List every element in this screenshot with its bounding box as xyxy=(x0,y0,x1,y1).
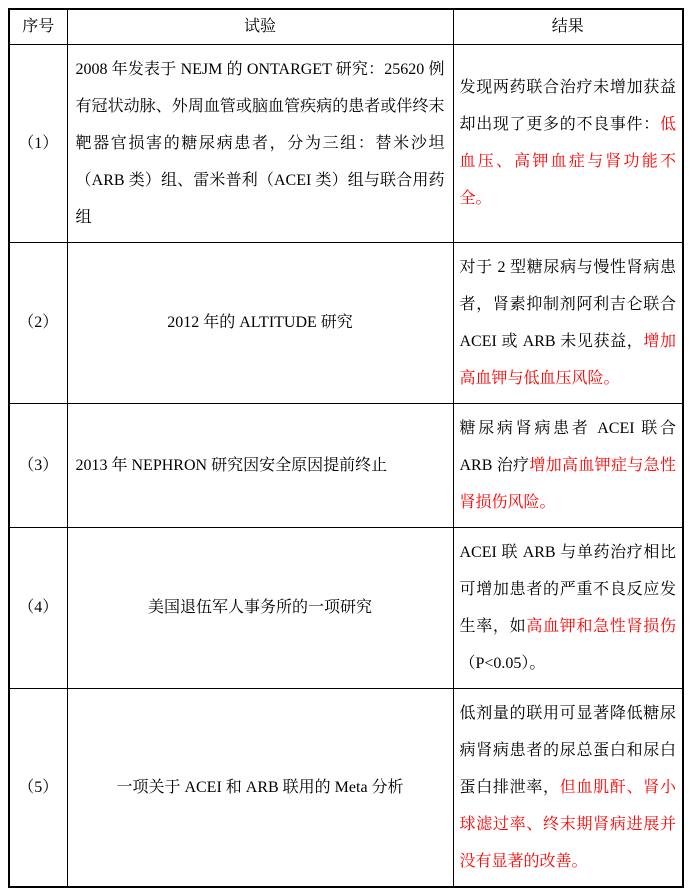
trial-cell: 2013 年 NEPHRON 研究因安全原因提前终止 xyxy=(67,403,453,527)
row-number-cell: （1） xyxy=(9,44,67,242)
header-row: 序号 试验 结果 xyxy=(9,9,683,44)
header-serial-number: 序号 xyxy=(9,9,67,44)
result-text-segment: 发现两药联合治疗未增加获益却出现了更多的不良事件： xyxy=(460,79,677,133)
table-row: （3）2013 年 NEPHRON 研究因安全原因提前终止糖尿病肾病患者 ACE… xyxy=(9,403,683,527)
header-trial: 试验 xyxy=(67,9,453,44)
trial-cell: 2008 年发表于 NEJM 的 ONTARGET 研究：25620 例有冠状动… xyxy=(67,44,453,242)
row-number-cell: （2） xyxy=(9,242,67,403)
row-number-cell: （3） xyxy=(9,403,67,527)
result-cell: 糖尿病肾病患者 ACEI 联合 ARB 治疗增加高血钾症与急性肾损伤风险。 xyxy=(453,403,683,527)
result-cell: 对于 2 型糖尿病与慢性肾病患者，肾素抑制剂阿利吉仑联合 ACEI 或 ARB … xyxy=(453,242,683,403)
result-cell: 低剂量的联用可显著降低糖尿病肾病患者的尿总蛋白和尿白蛋白排泄率，但血肌酐、肾小球… xyxy=(453,688,683,887)
trial-cell: 一项关于 ACEI 和 ARB 联用的 Meta 分析 xyxy=(67,688,453,887)
table-row: （1）2008 年发表于 NEJM 的 ONTARGET 研究：25620 例有… xyxy=(9,44,683,242)
row-number-cell: （4） xyxy=(9,527,67,688)
result-text-segment: 高血钾和急性肾损伤 xyxy=(526,618,676,635)
table-row: （4）美国退伍军人事务所的一项研究ACEI 联 ARB 与单药治疗相比可增加患者… xyxy=(9,527,683,688)
result-cell: ACEI 联 ARB 与单药治疗相比可增加患者的严重不良反应发生率，如高血钾和急… xyxy=(453,527,683,688)
header-result: 结果 xyxy=(453,9,683,44)
table-row: （2）2012 年的 ALTITUDE 研究对于 2 型糖尿病与慢性肾病患者，肾… xyxy=(9,242,683,403)
trial-cell: 美国退伍军人事务所的一项研究 xyxy=(67,527,453,688)
document-page: 序号 试验 结果 （1）2008 年发表于 NEJM 的 ONTARGET 研究… xyxy=(0,0,690,725)
row-number-cell: （5） xyxy=(9,688,67,887)
trials-table: 序号 试验 结果 （1）2008 年发表于 NEJM 的 ONTARGET 研究… xyxy=(8,8,684,888)
trial-cell: 2012 年的 ALTITUDE 研究 xyxy=(67,242,453,403)
result-cell: 发现两药联合治疗未增加获益却出现了更多的不良事件：低血压、高钾血症与肾功能不全。 xyxy=(453,44,683,242)
result-text-segment: （P<0.05）。 xyxy=(460,655,546,672)
table-row: （5）一项关于 ACEI 和 ARB 联用的 Meta 分析低剂量的联用可显著降… xyxy=(9,688,683,887)
